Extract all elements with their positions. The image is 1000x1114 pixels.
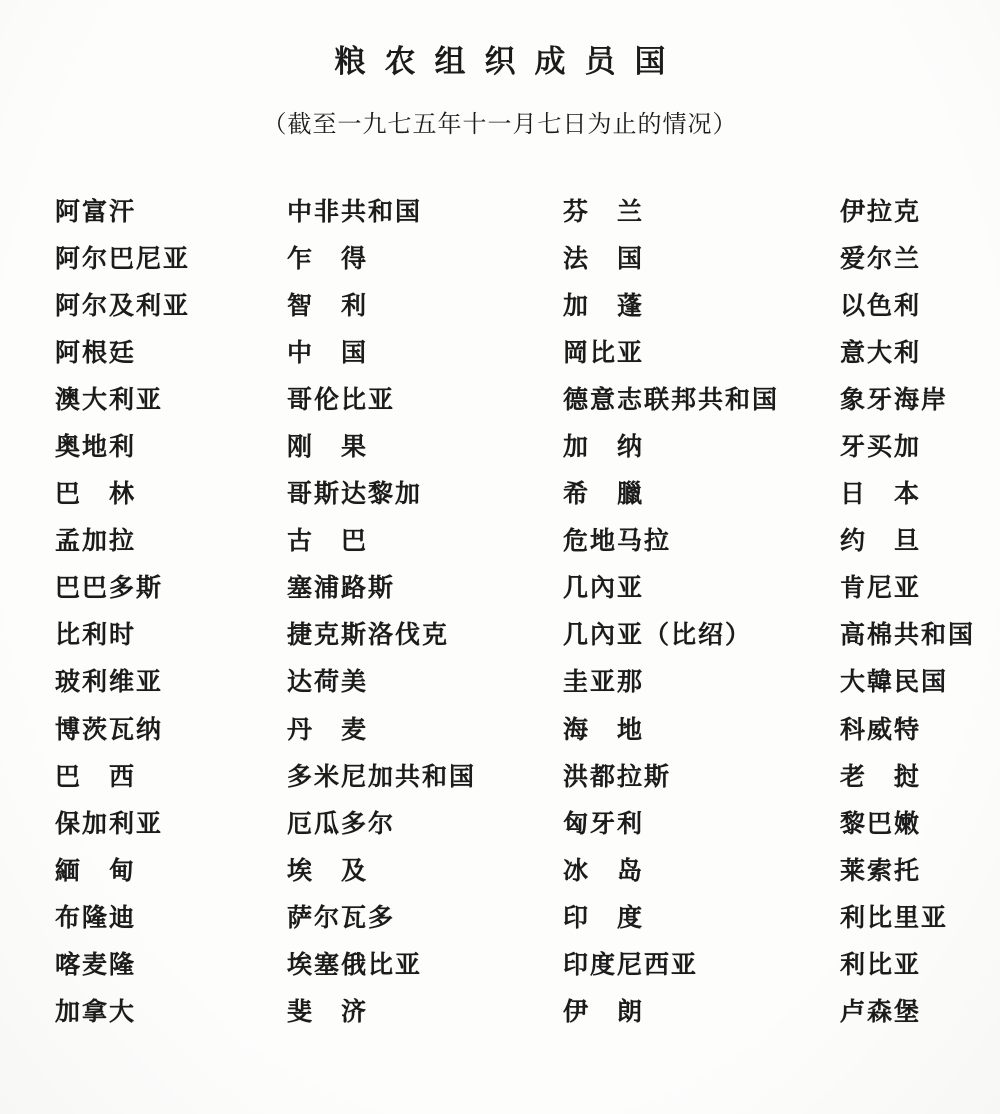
country-item: 几內亚 (563, 573, 833, 620)
country-item: 古 巴 (287, 526, 557, 573)
country-item: 中非共和国 (287, 197, 557, 244)
country-item: 岡比亚 (563, 338, 833, 385)
country-item: 哥斯达黎加 (287, 479, 557, 526)
country-item: 巴 林 (55, 479, 280, 526)
country-item: 丹 麦 (287, 715, 557, 762)
country-item: 达荷美 (287, 667, 557, 714)
country-item: 澳大利亚 (55, 385, 280, 432)
country-item: 阿尔巴尼亚 (55, 244, 280, 291)
country-item: 爱尔兰 (840, 244, 1000, 291)
country-item: 玻利维亚 (55, 667, 280, 714)
country-item: 捷克斯洛伐克 (287, 620, 557, 667)
country-item: 塞浦路斯 (287, 573, 557, 620)
country-item: 牙买加 (840, 432, 1000, 479)
country-item: 奥地利 (55, 432, 280, 479)
country-item: 利比亚 (840, 950, 1000, 997)
country-item: 阿富汗 (55, 197, 280, 244)
country-item: 保加利亚 (55, 809, 280, 856)
country-item: 肯尼亚 (840, 573, 1000, 620)
country-item: 中 国 (287, 338, 557, 385)
country-item: 洪都拉斯 (563, 762, 833, 809)
country-column-1: 阿富汗阿尔巴尼亚阿尔及利亚阿根廷澳大利亚奥地利巴 林孟加拉巴巴多斯比利时玻利维亚… (55, 197, 280, 1044)
country-item: 圭亚那 (563, 667, 833, 714)
country-item: 意大利 (840, 338, 1000, 385)
country-item: 莱索托 (840, 856, 1000, 903)
country-item: 哥伦比亚 (287, 385, 557, 432)
country-item: 法 国 (563, 244, 833, 291)
country-item: 伊拉克 (840, 197, 1000, 244)
country-column-3: 芬 兰法 国加 蓬岡比亚德意志联邦共和国加 纳希 臘危地马拉几內亚几內亚（比绍）… (563, 197, 833, 1044)
country-item: 危地马拉 (563, 526, 833, 573)
country-item: 德意志联邦共和国 (563, 385, 833, 432)
country-item: 緬 甸 (55, 856, 280, 903)
country-item: 印度尼西亚 (563, 950, 833, 997)
country-item: 芬 兰 (563, 197, 833, 244)
country-item: 埃塞俄比亚 (287, 950, 557, 997)
scanned-document-page: 粮农组织成员国 （截至一九七五年十一月七日为止的情况） 阿富汗阿尔巴尼亚阿尔及利… (0, 0, 1000, 1114)
country-column-4: 伊拉克爱尔兰以色利意大利象牙海岸牙买加日 本约 旦肯尼亚高棉共和国大韓民国科威特… (840, 197, 1000, 1044)
country-item: 卢森堡 (840, 997, 1000, 1044)
country-item: 印 度 (563, 903, 833, 950)
country-item: 巴巴多斯 (55, 573, 280, 620)
country-column-2: 中非共和国乍 得智 利中 国哥伦比亚刚 果哥斯达黎加古 巴塞浦路斯捷克斯洛伐克达… (287, 197, 557, 1044)
country-item: 阿根廷 (55, 338, 280, 385)
page-subtitle: （截至一九七五年十一月七日为止的情况） (0, 104, 1000, 139)
country-item: 埃 及 (287, 856, 557, 903)
country-item: 乍 得 (287, 244, 557, 291)
country-item: 老 挝 (840, 762, 1000, 809)
country-item: 刚 果 (287, 432, 557, 479)
country-item: 萨尔瓦多 (287, 903, 557, 950)
country-item: 匈牙利 (563, 809, 833, 856)
country-item: 希 臘 (563, 479, 833, 526)
country-item: 以色利 (840, 291, 1000, 338)
country-item: 比利时 (55, 620, 280, 667)
country-item: 加 纳 (563, 432, 833, 479)
country-item: 博茨瓦纳 (55, 715, 280, 762)
country-item: 高棉共和国 (840, 620, 1000, 667)
country-item: 斐 济 (287, 997, 557, 1044)
country-item: 厄瓜多尔 (287, 809, 557, 856)
country-item: 孟加拉 (55, 526, 280, 573)
country-item: 伊 朗 (563, 997, 833, 1044)
country-item: 喀麦隆 (55, 950, 280, 997)
country-item: 日 本 (840, 479, 1000, 526)
country-columns: 阿富汗阿尔巴尼亚阿尔及利亚阿根廷澳大利亚奥地利巴 林孟加拉巴巴多斯比利时玻利维亚… (0, 197, 1000, 1057)
country-item: 智 利 (287, 291, 557, 338)
country-item: 阿尔及利亚 (55, 291, 280, 338)
page-title: 粮农组织成员国 (0, 36, 1000, 81)
country-item: 加 蓬 (563, 291, 833, 338)
country-item: 科威特 (840, 715, 1000, 762)
country-item: 约 旦 (840, 526, 1000, 573)
country-item: 黎巴嫩 (840, 809, 1000, 856)
country-item: 几內亚（比绍） (563, 620, 833, 667)
country-item: 巴 西 (55, 762, 280, 809)
country-item: 利比里亚 (840, 903, 1000, 950)
country-item: 多米尼加共和国 (287, 762, 557, 809)
country-item: 大韓民国 (840, 667, 1000, 714)
country-item: 海 地 (563, 715, 833, 762)
country-item: 布隆迪 (55, 903, 280, 950)
country-item: 加拿大 (55, 997, 280, 1044)
country-item: 冰 岛 (563, 856, 833, 903)
country-item: 象牙海岸 (840, 385, 1000, 432)
